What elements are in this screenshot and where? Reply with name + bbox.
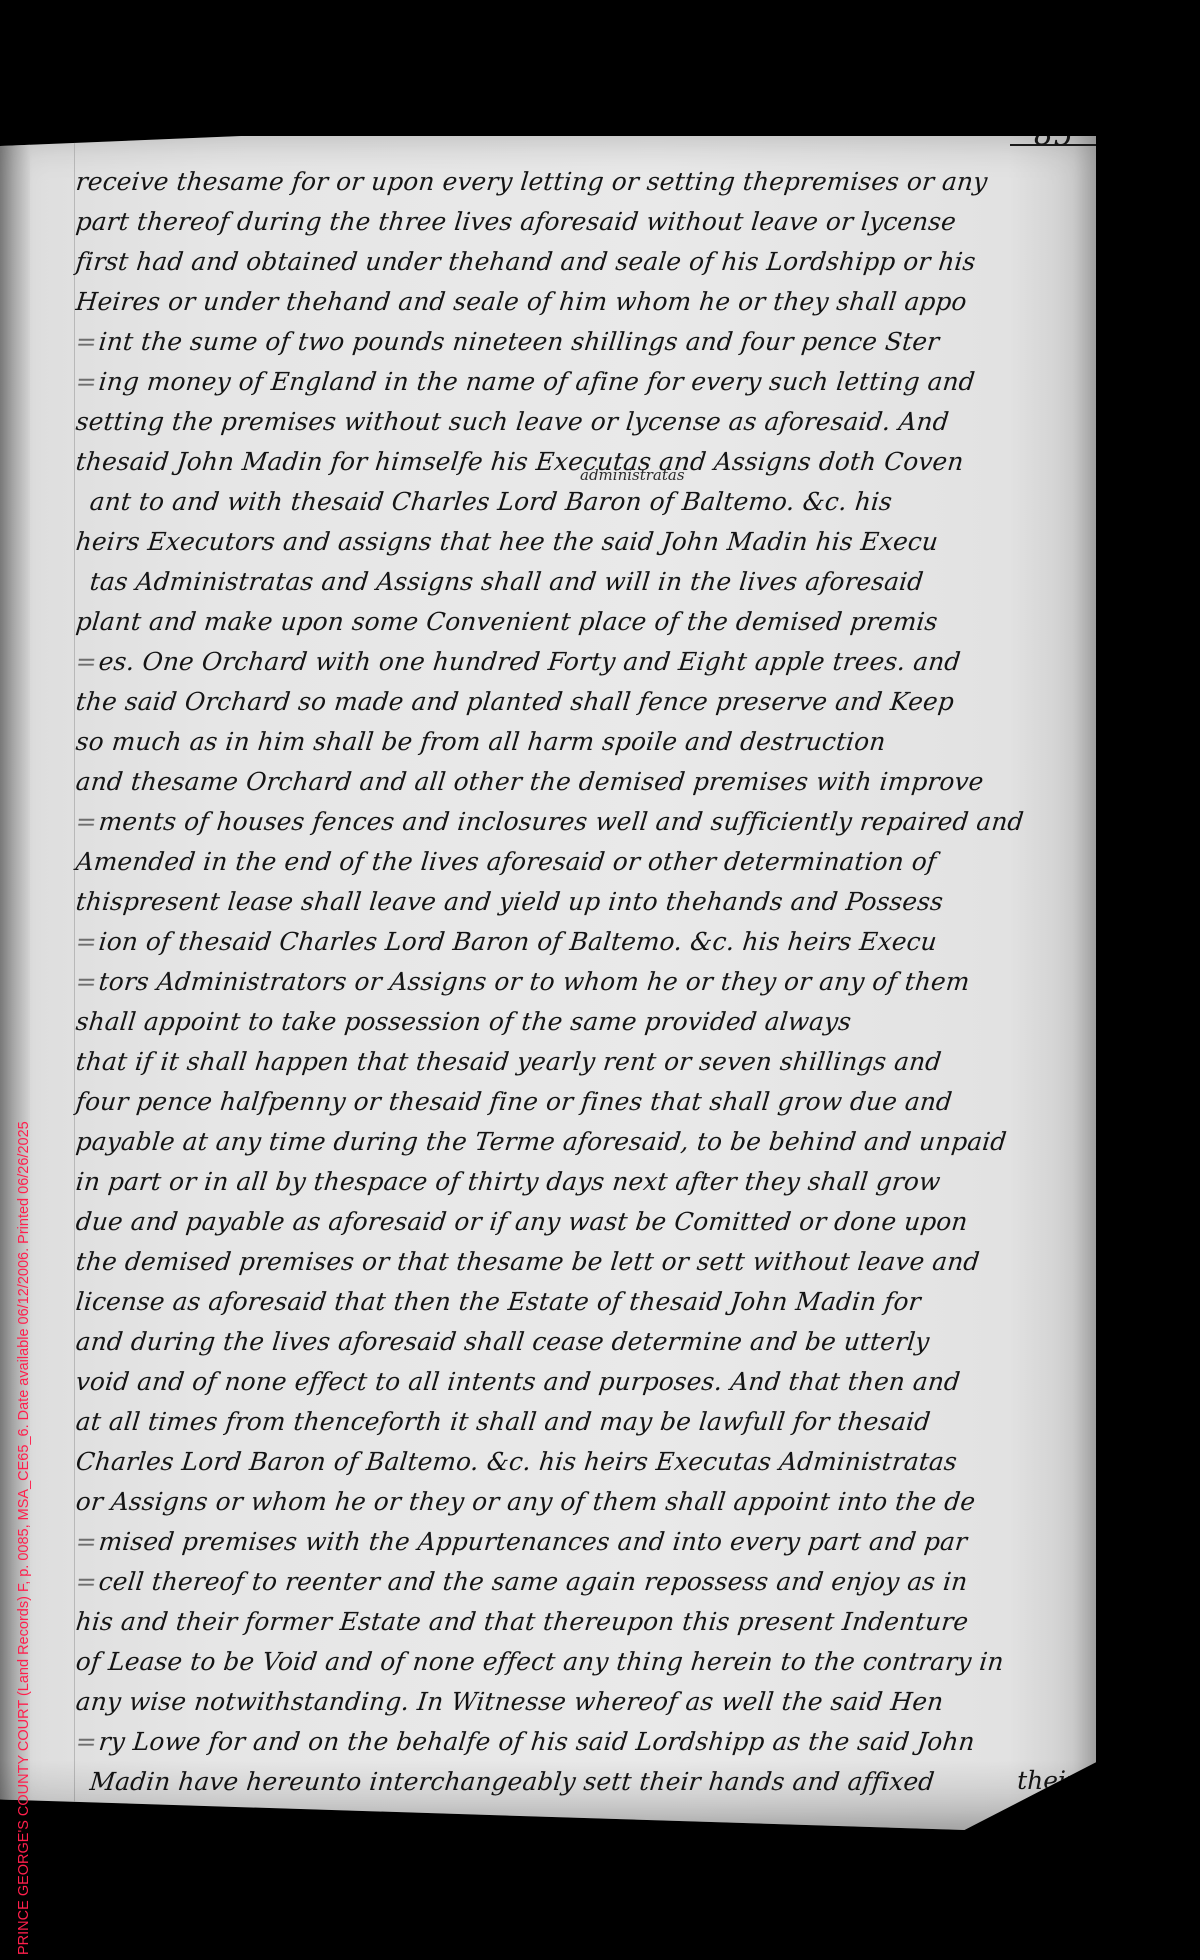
text-line: int the sume of two pounds nineteen shil… (74, 322, 1083, 362)
text-line: heirs Executors and assigns that hee the… (74, 522, 1083, 562)
text-line: ments of houses fences and inclosures we… (74, 802, 1083, 842)
text-line: receive thesame for or upon every lettin… (74, 162, 1083, 202)
text-line: the demised premises or that thesame be … (74, 1242, 1083, 1282)
text-line: cell thereof to reenter and the same aga… (74, 1562, 1083, 1602)
text-line: any wise notwithstanding. In Witnesse wh… (74, 1682, 1083, 1722)
scan-background: 85 administratas receive thesame for or … (0, 0, 1200, 1960)
text-line: ing money of England in the name of afin… (74, 362, 1083, 402)
text-line: first had and obtained under thehand and… (74, 242, 1083, 282)
text-line: that if it shall happen that thesaid yea… (74, 1042, 1083, 1082)
text-line: mised premises with the Appurtenances an… (74, 1522, 1083, 1562)
text-line: the said Orchard so made and planted sha… (74, 682, 1083, 722)
text-line: due and payable as aforesaid or if any w… (74, 1202, 1083, 1242)
text-line: thesaid John Madin for himselfe his Exec… (74, 442, 1083, 482)
text-line: shall appoint to take possession of the … (74, 1002, 1083, 1042)
text-line: so much as in him shall be from all harm… (74, 722, 1083, 762)
text-line: license as aforesaid that then the Estat… (74, 1282, 1083, 1322)
text-line: of Lease to be Void and of none effect a… (74, 1642, 1083, 1682)
page-number: 85 (1034, 118, 1074, 153)
text-line: plant and make upon some Convenient plac… (74, 602, 1083, 642)
text-line: in part or in all by thespace of thirty … (74, 1162, 1083, 1202)
text-line: tors Administrators or Assigns or to who… (74, 962, 1083, 1002)
text-line: ion of thesaid Charles Lord Baron of Bal… (74, 922, 1083, 962)
text-line: and during the lives aforesaid shall cea… (74, 1322, 1083, 1362)
handwritten-text-block: receive thesame for or upon every lettin… (76, 162, 1086, 1802)
text-line: Madin have hereunto interchangeably sett… (74, 1762, 1083, 1802)
text-line: his and their former Estate and that the… (74, 1602, 1083, 1642)
text-line: es. One Orchard with one hundred Forty a… (74, 642, 1083, 682)
text-line: and thesame Orchard and all other the de… (74, 762, 1083, 802)
catchword: their (1017, 1766, 1078, 1795)
manuscript-page: 85 administratas receive thesame for or … (0, 136, 1096, 1830)
text-line: four pence halfpenny or thesaid fine or … (74, 1082, 1083, 1122)
text-line: part thereof during the three lives afor… (74, 202, 1083, 242)
text-line: thispresent lease shall leave and yield … (74, 882, 1083, 922)
text-line: Heires or under thehand and seale of him… (74, 282, 1083, 322)
text-line: ant to and with thesaid Charles Lord Bar… (74, 482, 1083, 522)
text-line: setting the premises without such leave … (74, 402, 1083, 442)
text-line: or Assigns or whom he or they or any of … (74, 1482, 1083, 1522)
text-line: Charles Lord Baron of Baltemo. &c. his h… (74, 1442, 1083, 1482)
text-line: tas Administratas and Assigns shall and … (74, 562, 1083, 602)
text-line: Amended in the end of the lives aforesai… (74, 842, 1083, 882)
archive-stamp: PRINCE GEORGE'S COUNTY COURT (Land Recor… (16, 1121, 32, 1955)
text-line: payable at any time during the Terme afo… (74, 1122, 1083, 1162)
text-line: void and of none effect to all intents a… (74, 1362, 1083, 1402)
text-line: at all times from thenceforth it shall a… (74, 1402, 1083, 1442)
text-line: ry Lowe for and on the behalfe of his sa… (74, 1722, 1083, 1762)
